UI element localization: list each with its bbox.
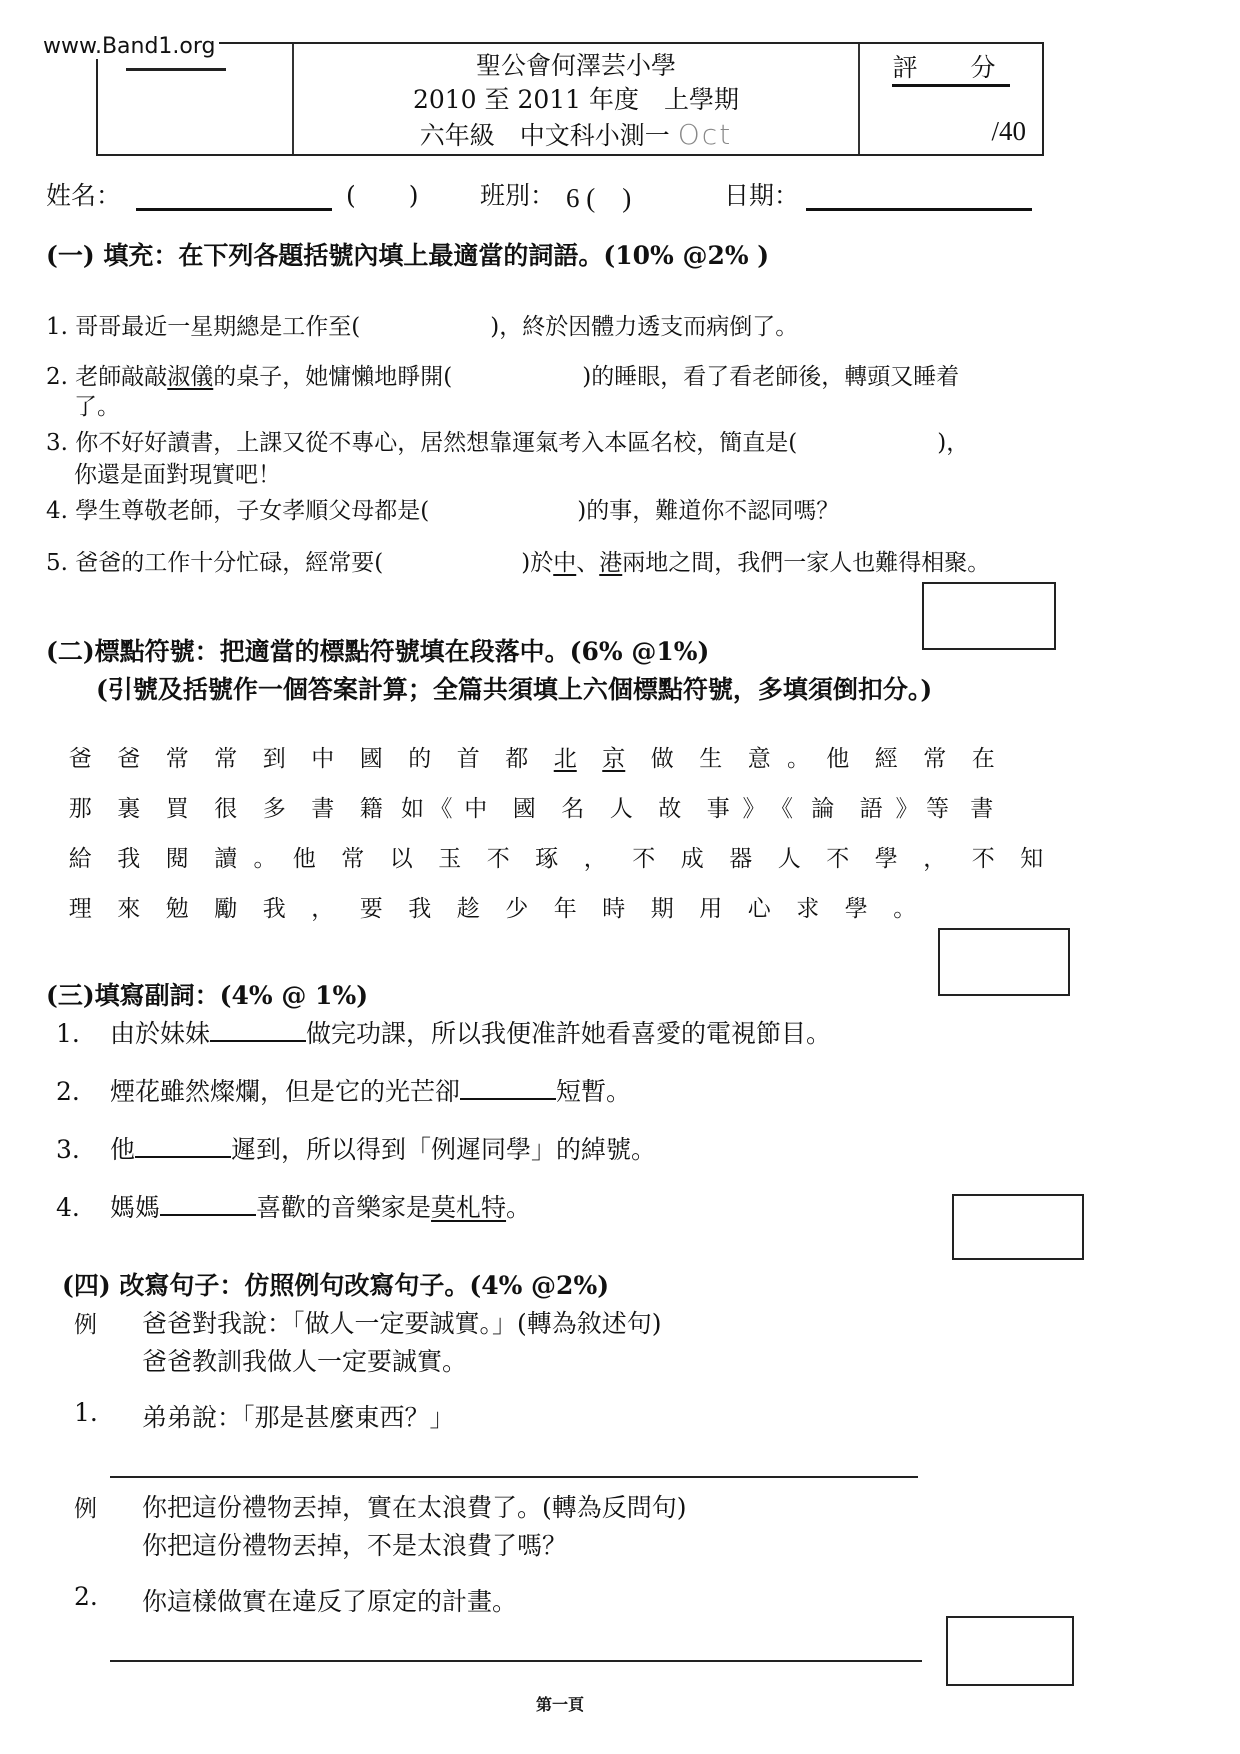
question-number: 4. (56, 1193, 110, 1222)
answer-blank[interactable] (210, 1040, 306, 1042)
passage-char: 做 (638, 740, 687, 773)
passage-char: 年 (541, 890, 590, 923)
passage-char: 不 (814, 840, 863, 873)
passage-char: 很 (202, 790, 251, 823)
passage-char: 。 (784, 740, 814, 773)
passage-char: 玉 (426, 840, 475, 873)
passage-char: ， (571, 840, 620, 873)
passage-char: 他 (814, 740, 863, 773)
question-text: 短暫。 (556, 1077, 631, 1106)
passage-char: 勉 (153, 890, 202, 923)
passage-char: 少 (493, 890, 542, 923)
s1-question-3: 3. 你不好好讀書，上課又從不專心，居然想靠運氣考入本區名校，簡直是()， (46, 424, 969, 457)
handwritten-note: Oct (678, 118, 732, 151)
header-left-cell (98, 44, 294, 154)
passage-char: 生 (687, 740, 736, 773)
question-text: )，終於因體力透支而病倒了。 (490, 314, 798, 340)
header-table: 聖公會何澤芸小學 2010 至 2011 年度 上學期 六年級 中文科小測一 O… (96, 42, 1044, 156)
score-total: /40 (991, 116, 1026, 147)
proper-noun: 中 (553, 550, 576, 576)
passage-char: 中 (299, 740, 348, 773)
example1-sentence: 爸爸對我說：「做人一定要誠實。」(轉為敘述句) (142, 1304, 662, 1340)
passage-char: 常 (153, 740, 202, 773)
score-label-wrap: 評 分 (860, 48, 1042, 84)
header-title-cell: 聖公會何澤芸小學 2010 至 2011 年度 上學期 六年級 中文科小測一 O… (294, 44, 860, 154)
passage-char: 論 (799, 790, 848, 823)
passage-char: 趁 (444, 890, 493, 923)
passage-row-1: 爸爸常常到中國的首都北京做生意。他經常在 (56, 740, 1008, 773)
passage-char: 《 (430, 790, 452, 823)
passage-char: 期 (638, 890, 687, 923)
s4-question-2-text: 你這樣做實在違反了原定的計畫。 (142, 1582, 517, 1618)
proper-noun: 莫札特 (431, 1193, 506, 1222)
section4-mark-box[interactable] (946, 1616, 1074, 1686)
s4-question-1-number: 1. (74, 1398, 98, 1427)
s4-question-2-number: 2. (74, 1582, 98, 1611)
question-text: 老師敲敲 (75, 364, 167, 390)
section2-mark-box[interactable] (938, 928, 1070, 996)
section1-mark-box[interactable] (922, 582, 1056, 650)
example2-answer: 你把這份禮物丟掉，不是太浪費了嗎？ (142, 1526, 567, 1562)
question-text: 、 (576, 550, 599, 576)
passage-char: 學 (832, 890, 881, 923)
question-text: 煙花雖然燦爛，但是它的光芒卻 (110, 1077, 460, 1106)
passage-char: 在 (959, 740, 1008, 773)
question-text: 哥哥最近一星期總是工作至( (75, 314, 360, 340)
passage-char: 書 (958, 790, 1007, 823)
passage-char: 都 (493, 740, 542, 773)
passage-char: 裏 (105, 790, 154, 823)
passage-char: 理 (56, 890, 105, 923)
passage-char: 首 (444, 740, 493, 773)
passage-char: 書 (299, 790, 348, 823)
passage-char: 語 (847, 790, 896, 823)
passage-char: 多 (250, 790, 299, 823)
passage-char: 閱 (153, 840, 202, 873)
name-field[interactable] (136, 208, 332, 211)
passage-char: 不 (474, 840, 523, 873)
answer-blank[interactable] (460, 1098, 556, 1100)
question-text: 你不好好讀書，上課又從不專心，居然想靠運氣考入本區名校，簡直是( (75, 430, 797, 456)
question-number: 3. (56, 1135, 110, 1164)
passage-char: 常 (202, 740, 251, 773)
s4-question-1-text: 弟弟說：「那是甚麼東西？」 (142, 1398, 455, 1434)
passage-char: ， (911, 840, 960, 873)
section3-mark-box[interactable] (952, 1194, 1084, 1260)
section3-title: (三)填寫副詞：(4% @ 1%) (46, 976, 368, 1012)
question-number: 2. (56, 1077, 110, 1106)
passage-char: 人 (597, 790, 646, 823)
s1-question-1: 1. 哥哥最近一星期總是工作至()，終於因體力透支而病倒了。 (46, 308, 798, 341)
passage-char: 常 (329, 840, 378, 873)
question-text: )的事，難道你不認同嗎？ (577, 498, 839, 524)
passage-char: 不 (620, 840, 669, 873)
passage-char: 時 (590, 890, 639, 923)
passage-char: 爸 (105, 740, 154, 773)
passage-char: 讀 (202, 840, 251, 873)
s1-question-4: 4. 學生尊敬老師，子女孝順父母都是()的事，難道你不認同嗎？ (46, 492, 839, 525)
question-text: 他 (110, 1135, 135, 1164)
passage-char: 京 (590, 740, 639, 773)
passage-char: 常 (911, 740, 960, 773)
question-text: 做完功課，所以我便准許她看喜愛的電視節目。 (306, 1019, 831, 1048)
test-title: 六年級 中文科小測一 (420, 121, 670, 150)
passage-char: 我 (250, 890, 299, 923)
question-number: 5. (46, 550, 68, 576)
class-label: 班別： (480, 176, 555, 212)
s3-question-4: 4.媽媽喜歡的音樂家是莫札特。 (56, 1188, 531, 1224)
passage-char: 爸 (56, 740, 105, 773)
proper-noun: 港 (599, 550, 622, 576)
question-text: 學生尊敬老師，子女孝順父母都是( (75, 498, 429, 524)
section2-title: (二)標點符號：把適當的標點符號填在段落中。(6% @1%) (46, 632, 709, 668)
section1-title: (一) 填充：在下列各題括號內填上最適當的詞語。(10% @2% ) (46, 236, 769, 272)
passage-char: 以 (377, 840, 426, 873)
passage-char: 學 (862, 840, 911, 873)
passage-char: 經 (862, 740, 911, 773)
passage-char: 他 (280, 840, 329, 873)
blotted-label (126, 58, 226, 71)
passage-char: 籍 (347, 790, 396, 823)
answer-blank[interactable] (135, 1156, 231, 1158)
question-number: 1. (56, 1019, 110, 1048)
score-label: 評 分 (892, 53, 1009, 87)
passage-char: 琢 (523, 840, 572, 873)
s1-question-2-continuation: 了。 (74, 388, 120, 421)
passage-char: 求 (784, 890, 833, 923)
date-field[interactable] (806, 208, 1032, 211)
passage-char: 中 (452, 790, 501, 823)
passage-char: 。 (881, 890, 930, 923)
s4-answer-line-1[interactable] (110, 1476, 918, 1478)
class-value: 6 ( ) (566, 176, 631, 215)
example1-answer: 爸爸教訓我做人一定要誠實。 (142, 1342, 467, 1378)
question-number: 4. (46, 498, 68, 524)
question-text: 由於妹妹 (110, 1019, 210, 1048)
passage-char: 要 (347, 890, 396, 923)
class-number-brackets: ( ) (346, 176, 433, 212)
passage-char: 人 (765, 840, 814, 873)
question-text: 媽媽 (110, 1193, 160, 1222)
s1-question-3-continuation: 你還是面對現實吧！ (74, 456, 281, 489)
passage-char: 成 (668, 840, 717, 873)
proper-noun: 淑儀 (167, 364, 213, 390)
passage-row-3: 給我閱讀。他常以玉不琢，不成器人不學，不知 (56, 840, 1056, 873)
passage-char: 心 (735, 890, 784, 923)
example1-label: 例 (74, 1306, 97, 1339)
passage-char: 等 (918, 790, 958, 823)
section4-title: (四) 改寫句子：仿照例句改寫句子。(4% @2%) (62, 1266, 609, 1302)
passage-char: 。 (250, 840, 280, 873)
watermark: www.Band1.org (40, 34, 219, 59)
question-number: 3. (46, 430, 68, 456)
question-text: 遲到，所以得到「例遲同學」的綽號。 (231, 1135, 656, 1164)
passage-char: 國 (347, 740, 396, 773)
passage-char: 我 (105, 840, 154, 873)
passage-char: ， (299, 890, 348, 923)
passage-char: 北 (541, 740, 590, 773)
school-name: 聖公會何澤芸小學 (294, 46, 858, 82)
passage-char: 意 (735, 740, 784, 773)
question-text: 喜歡的音樂家是 (256, 1193, 431, 1222)
term: 2010 至 2011 年度 上學期 (294, 80, 858, 116)
question-text: 兩地之間，我們一家人也難得相聚。 (622, 550, 990, 576)
question-number: 1. (46, 314, 68, 340)
passage-char: 買 (153, 790, 202, 823)
example2-sentence: 你把這份禮物丟掉，實在太浪費了。(轉為反問句) (142, 1488, 687, 1524)
passage-char: 》 (743, 790, 765, 823)
passage-char: 器 (717, 840, 766, 873)
passage-char: 用 (687, 890, 736, 923)
example2-label: 例 (74, 1490, 97, 1523)
answer-blank[interactable] (160, 1214, 256, 1216)
passage-char: 故 (646, 790, 695, 823)
passage-char: 到 (250, 740, 299, 773)
s3-question-1: 1.由於妹妹做完功課，所以我便准許她看喜愛的電視節目。 (56, 1014, 831, 1050)
passage-char: 名 (549, 790, 598, 823)
passage-char: 的 (396, 740, 445, 773)
passage-char: 不 (959, 840, 1008, 873)
passage-char: 勵 (202, 890, 251, 923)
passage-char: 我 (396, 890, 445, 923)
s3-question-3: 3.他遲到，所以得到「例遲同學」的綽號。 (56, 1130, 656, 1166)
s4-answer-line-2[interactable] (110, 1660, 922, 1662)
question-text: )的睡眼，看了看老師後，轉頭又睡着 (582, 364, 959, 390)
passage-char: 國 (500, 790, 549, 823)
s1-question-2: 2. 老師敲敲淑儀的桌子，她慵懶地睜開()的睡眼，看了看老師後，轉頭又睡着 (46, 358, 959, 391)
question-text: 爸爸的工作十分忙碌，經常要( (75, 550, 383, 576)
score-cell: 評 分 /40 (860, 44, 1042, 154)
passage-char: 那 (56, 790, 105, 823)
passage-char: 》 (896, 790, 918, 823)
passage-row-2: 那裏買很多書籍如《中國名人故事》《論語》等書 (56, 790, 1006, 823)
question-text: )， (937, 430, 969, 456)
passage-char: 知 (1008, 840, 1057, 873)
passage-char: 事 (694, 790, 743, 823)
date-label: 日期： (724, 176, 799, 212)
test-title-line: 六年級 中文科小測一 Oct (294, 116, 858, 152)
question-number: 2. (46, 364, 68, 390)
question-text: 。 (506, 1193, 531, 1222)
question-text: 的桌子，她慵懶地睜開( (213, 364, 452, 390)
question-text: )於 (521, 550, 553, 576)
s3-question-2: 2.煙花雖然燦爛，但是它的光芒卻短暫。 (56, 1072, 631, 1108)
passage-char: 《 (765, 790, 799, 823)
passage-char: 給 (56, 840, 105, 873)
section2-note: (引號及括號作一個答案計算；全篇共須填上六個標點符號，多填須倒扣分。) (96, 670, 932, 706)
passage-row-4: 理來勉勵我，要我趁少年時期用心求學。 (56, 890, 929, 923)
name-label: 姓名： (46, 176, 121, 212)
page-number: 第一頁 (536, 1692, 584, 1715)
s1-question-5: 5. 爸爸的工作十分忙碌，經常要()於中、港兩地之間，我們一家人也難得相聚。 (46, 544, 990, 577)
passage-char: 如 (396, 790, 430, 823)
passage-char: 來 (105, 890, 154, 923)
